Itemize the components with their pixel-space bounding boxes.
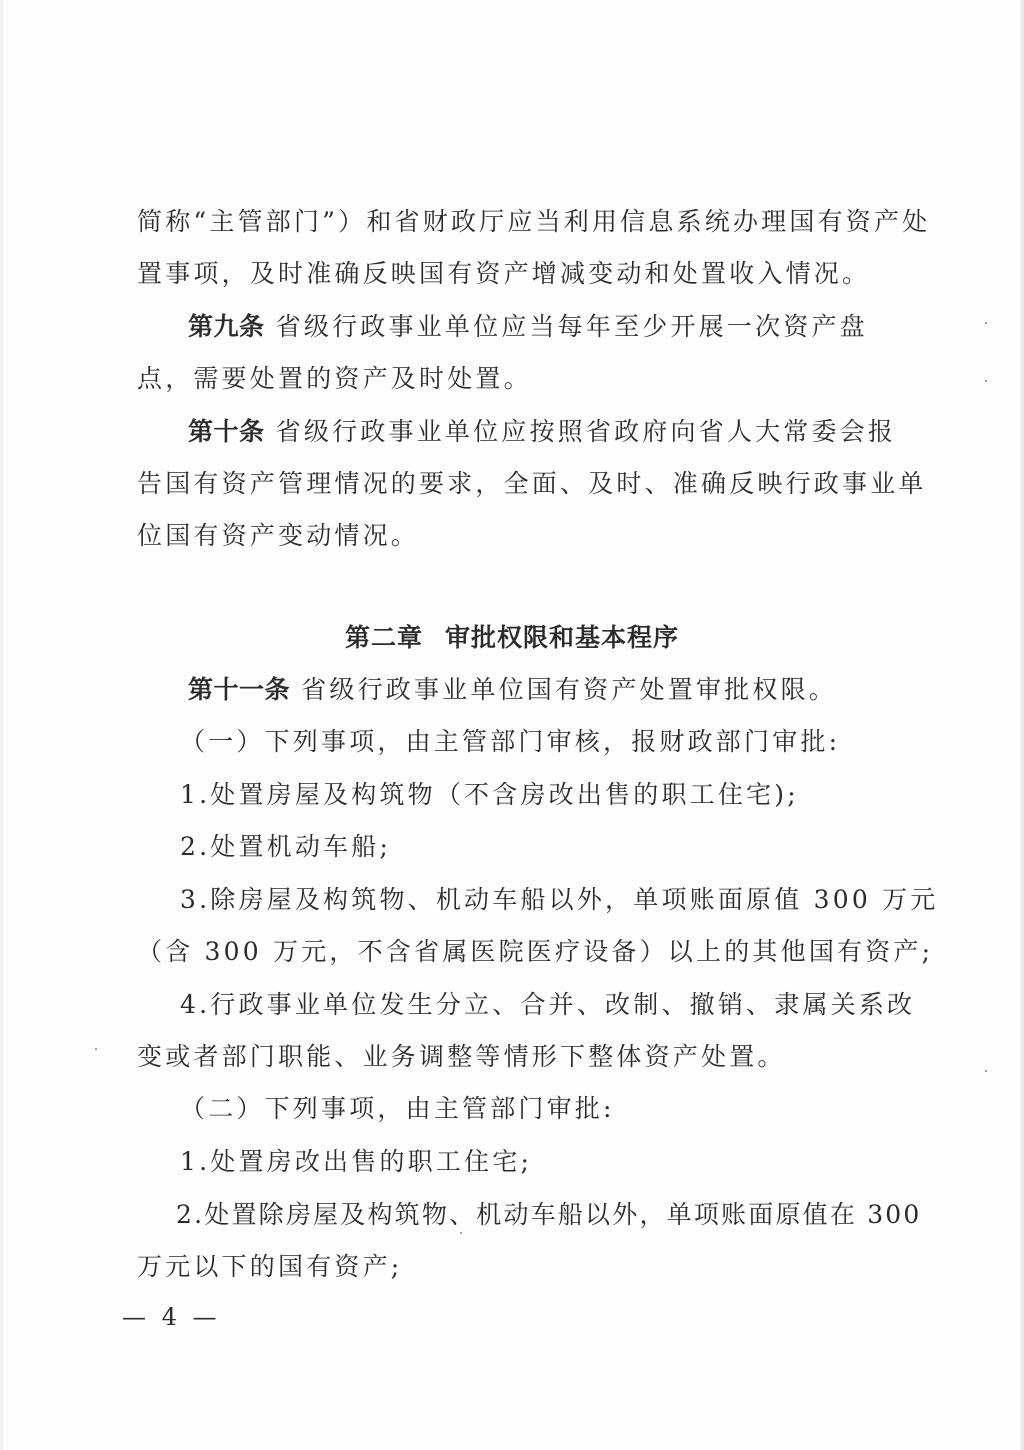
list-item: 2.处置除房屋及构筑物、机动车船以外，单项账面原值在 300 (176, 1200, 886, 1230)
scan-speck (985, 380, 987, 382)
scan-speck (985, 1070, 987, 1072)
scanned-document-page: 简称“主管部门”）和省财政厅应当利用信息系统办理国有资产处 置事项，及时准确反映… (0, 0, 1024, 1450)
paragraph-line: 告国有资产管理情况的要求，全面、及时、准确反映行政事业单 (137, 469, 897, 499)
list-item: 4.行政事业单位发生分立、合并、改制、撤销、隶属关系改 (180, 990, 890, 1020)
section-1-label: （一）下列事项，由主管部门审核，报财政部门审批: (180, 727, 940, 757)
paragraph-line: 简称“主管部门”）和省财政厅应当利用信息系统办理国有资产处 (137, 207, 897, 237)
article-10-line-1: 第十条 省级行政事业单位应按照省政府向省人大常委会报 (188, 417, 898, 447)
article-11-text: 省级行政事业单位国有资产处置审批权限。 (301, 675, 837, 704)
list-item-continuation: （含 300 万元，不含省属医院医疗设备）以上的其他国有资产; (137, 937, 897, 967)
chapter-number: 第二章 (345, 623, 423, 652)
article-9-line-1: 第九条 省级行政事业单位应当每年至少开展一次资产盘 (188, 312, 898, 342)
paragraph-line: 置事项，及时准确反映国有资产增减变动和处置收入情况。 (137, 259, 897, 289)
scan-speck (985, 322, 987, 324)
article-11-label: 第十一条 (188, 675, 290, 704)
chapter-heading: 第二章审批权限和基本程序 (0, 623, 1024, 653)
paragraph-line: 点，需要处置的资产及时处置。 (137, 364, 897, 394)
article-11-line: 第十一条 省级行政事业单位国有资产处置审批权限。 (188, 675, 898, 705)
section-2-label: （二）下列事项，由主管部门审批: (180, 1094, 940, 1124)
list-item-continuation: 万元以下的国有资产; (137, 1252, 897, 1282)
scan-speck (95, 1048, 97, 1050)
paragraph-line: 位国有资产变动情况。 (137, 521, 897, 551)
article-9-text: 省级行政事业单位应当每年至少开展一次资产盘 (276, 312, 868, 341)
scan-edge-left (0, 0, 3, 1450)
scan-speck (460, 1232, 462, 1234)
article-10-text: 省级行政事业单位应按照省政府向省人大常委会报 (276, 417, 896, 446)
list-item: 2.处置机动车船; (180, 832, 890, 862)
page-number: — 4 — (122, 1302, 221, 1332)
list-item: 1.处置房改出售的职工住宅; (180, 1147, 890, 1177)
list-item: 3.除房屋及构筑物、机动车船以外，单项账面原值 300 万元 (180, 885, 890, 915)
chapter-title: 审批权限和基本程序 (445, 623, 679, 652)
article-10-label: 第十条 (188, 417, 265, 446)
list-item: 1.处置房屋及构筑物（不含房改出售的职工住宅); (180, 780, 890, 810)
list-item-continuation: 变或者部门职能、业务调整等情形下整体资产处置。 (137, 1042, 897, 1072)
article-9-label: 第九条 (188, 312, 265, 341)
scan-edge-right (1020, 0, 1024, 1450)
